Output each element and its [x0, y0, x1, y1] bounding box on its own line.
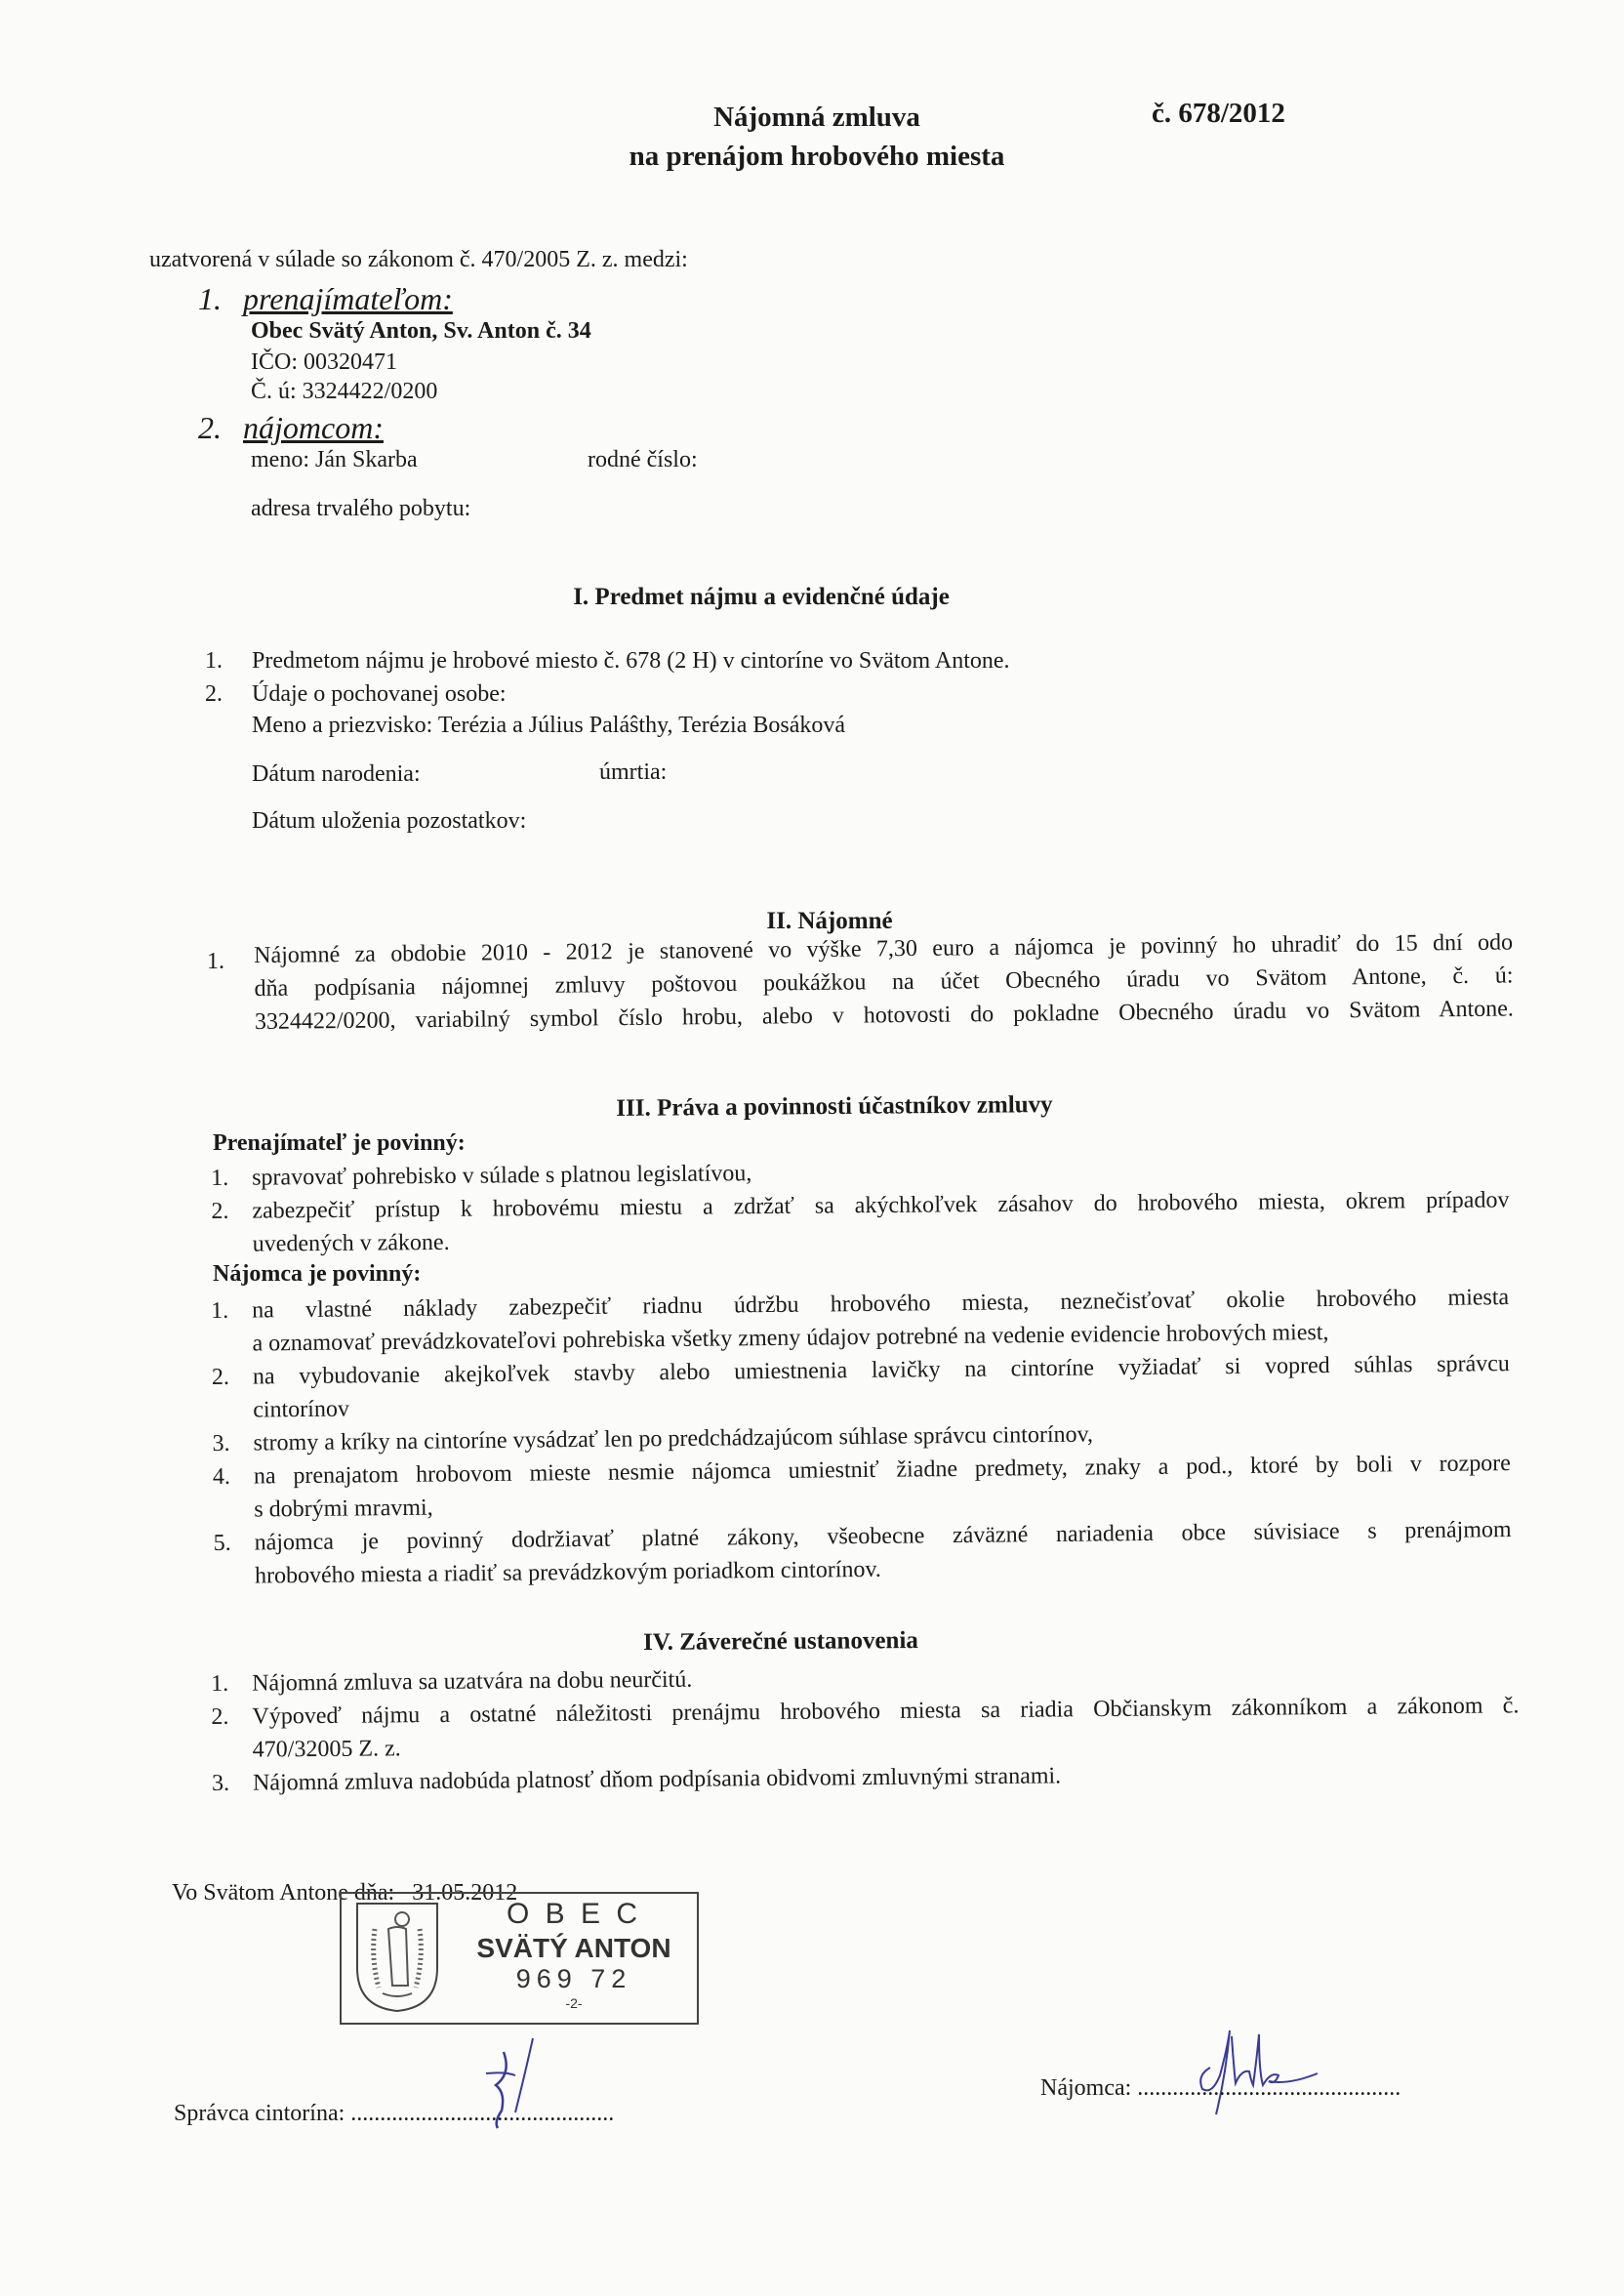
item-text: zabezpečiť prístup k hrobovému miestu a …: [252, 1183, 1510, 1260]
lessor-account: Č. ú: 3324422/0200: [251, 379, 437, 405]
final-provisions-list: 1.Nájomná zmluva sa uzatvára na dobu neu…: [211, 1656, 1520, 1800]
municipal-stamp: O B E C SVÄTÝ ANTON 969 72 -2-: [340, 1892, 699, 2025]
manager-signature-line: Správca cintorína: .....................…: [174, 2101, 614, 2127]
section-3-heading: III. Práva a povinnosti účastníkov zmluv…: [395, 1089, 1274, 1125]
item-number: 2.: [212, 1361, 254, 1427]
section-1-item: 2.Údaje o pochovanej osobe:: [205, 681, 507, 708]
section-2-number: 1.: [207, 949, 224, 975]
section-1-item: 1.Predmetom nájmu je hrobové miesto č. 6…: [205, 648, 1010, 675]
buried-names: Meno a priezvisko: Terézia a Július Palá…: [252, 713, 845, 739]
list-item: 5.nájomca je povinný dodržiavať platné z…: [213, 1513, 1512, 1593]
lessee-label: nájomcom:: [243, 410, 384, 445]
list-item: 2.Výpoveď nájmu a ostatné náležitosti pr…: [211, 1689, 1520, 1767]
stamp-line-3: 969 72: [457, 1964, 691, 1994]
lessor-label: prenajímateľom:: [243, 281, 453, 316]
list-item: 2.zabezpečiť prístup k hrobovému miestu …: [211, 1183, 1510, 1261]
item-number: 4.: [213, 1460, 255, 1527]
lessee-number: 2.: [198, 410, 222, 445]
intro-text: uzatvorená v súlade so zákonom č. 470/20…: [149, 247, 688, 273]
lessee-duties-list: 1.na vlastné náklady zabezpečiť riadnu ú…: [211, 1281, 1512, 1593]
death-label: úmrtia:: [599, 759, 667, 786]
lessor-ico: IČO: 00320471: [251, 349, 397, 376]
item-number: 2.: [211, 1701, 253, 1767]
party-lessor: 1.prenajímateľom:: [198, 281, 453, 317]
stamp-line-4: -2-: [457, 1995, 691, 2011]
document-title: Nájomná zmluva: [524, 102, 1110, 134]
lessee-birth-number: rodné číslo:: [588, 447, 698, 473]
lessee-signature-icon: [1181, 2017, 1337, 2124]
item-number: 3.: [212, 1767, 253, 1800]
item-number: 1.: [205, 648, 252, 675]
lessee-signature-line: Nájomca: ...............................…: [1040, 2075, 1401, 2102]
stamp-line-1: O B E C: [457, 1898, 691, 1931]
item-number: 1.: [211, 1162, 252, 1195]
item-text: Údaje o pochovanej osobe:: [252, 681, 507, 707]
birth-date-label: Dátum narodenia:: [252, 761, 421, 788]
stamp-line-2: SVÄTÝ ANTON: [457, 1933, 691, 1964]
party-lessee: 2.nájomcom:: [198, 410, 384, 446]
lessor-duties-heading: Prenajímateľ je povinný:: [213, 1130, 466, 1157]
lessor-name: Obec Svätý Anton, Sv. Anton č. 34: [251, 318, 591, 345]
coat-of-arms-icon: [353, 1900, 441, 2015]
item-number: 1.: [211, 1294, 253, 1361]
item-number: 3.: [212, 1427, 253, 1460]
lessee-name: meno: Ján Skarba: [251, 447, 418, 473]
section-2-text: Nájomné za obdobie 2010 - 2012 je stanov…: [254, 925, 1514, 1039]
item-number: 2.: [205, 681, 252, 708]
item-number: 5.: [213, 1527, 255, 1593]
item-number: 1.: [211, 1667, 252, 1701]
item-number: 2.: [211, 1195, 253, 1261]
item-text: nájomca je povinný dodržiavať platné zák…: [254, 1513, 1512, 1592]
lessee-duties-heading: Nájomca je povinný:: [213, 1261, 421, 1288]
burial-date-label: Dátum uloženia pozostatkov:: [252, 808, 526, 835]
section-4-heading: IV. Záverečné ustanovenia: [342, 1625, 1220, 1659]
document-number: č. 678/2012: [1152, 98, 1285, 130]
section-1-heading: I. Predmet nájmu a evidenčné údaje: [322, 584, 1200, 611]
lessor-duties-list: 1.spravovať pohrebisko v súlade s platno…: [211, 1150, 1510, 1261]
lessor-number: 1.: [198, 281, 222, 316]
document-subtitle: na prenájom hrobového miesta: [524, 141, 1110, 173]
lessee-address: adresa trvalého pobytu:: [251, 496, 470, 522]
item-text: Výpoveď nájmu a ostatné náležitosti pren…: [252, 1689, 1520, 1766]
item-text: Predmetom nájmu je hrobové miesto č. 678…: [252, 648, 1010, 674]
